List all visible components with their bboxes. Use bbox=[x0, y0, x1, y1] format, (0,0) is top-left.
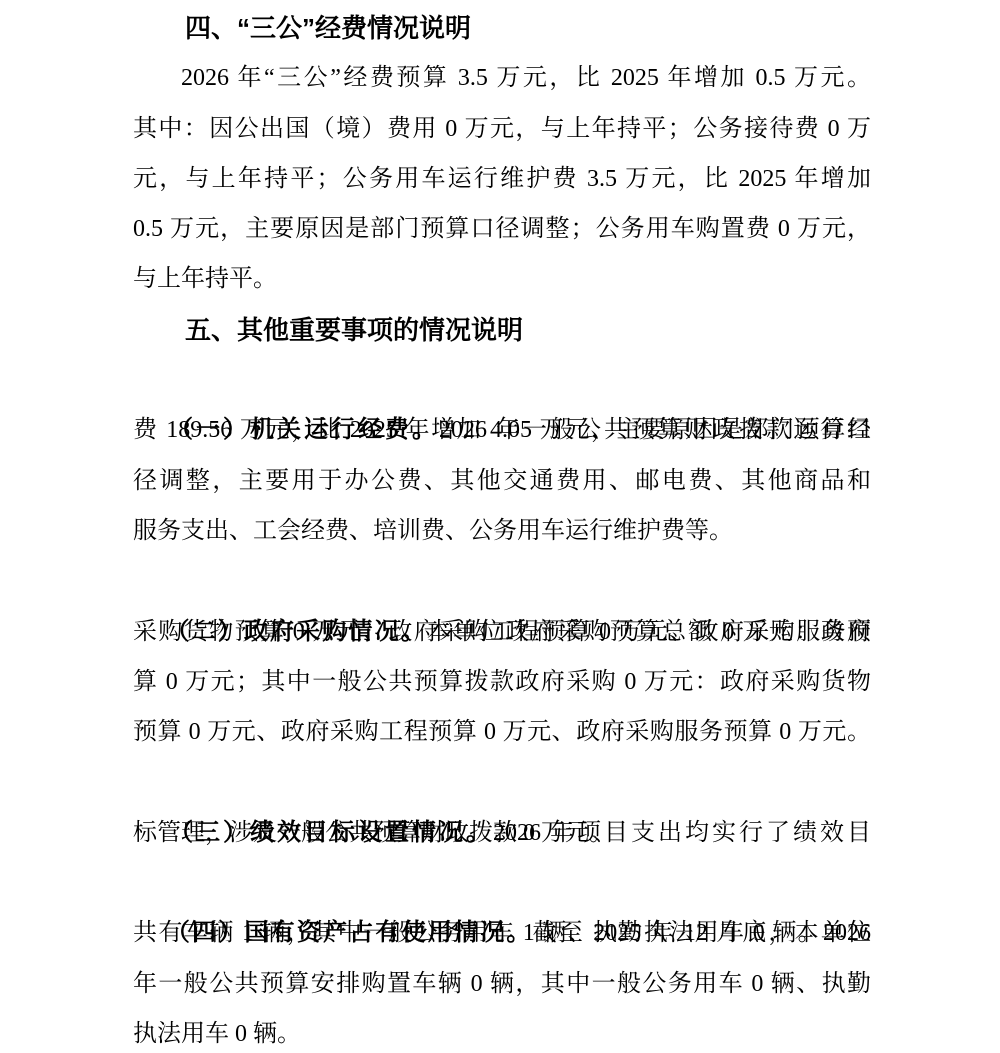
section-heading-other-items: 五、其他重要事项的情况说明 bbox=[133, 305, 871, 355]
section-heading-sangong: 四、“三公”经费情况说明 bbox=[133, 3, 871, 53]
para-state-assets-line-2: 共有车辆 1 辆，其中一般公务用车 1 辆、执勤执法用车 0 辆。2026 bbox=[133, 908, 871, 958]
para-state-assets-line-3: 年一般公共预算安排购置车辆 0 辆，其中一般公务用车 0 辆、执勤 bbox=[133, 959, 871, 1009]
para-procurement-line-1: （二）政府采购情况。本单位政府采购预算总额 0 万元：政府 bbox=[133, 556, 871, 606]
para-procurement-line-3: 算 0 万元；其中一般公共预算拨款政府采购 0 万元：政府采购货物 bbox=[133, 657, 871, 707]
para-operating-funds-line-4: 服务支出、工会经费、培训费、公务用车运行维护费等。 bbox=[133, 506, 871, 556]
para-sangong-line-5: 与上年持平。 bbox=[133, 254, 871, 304]
para-operating-funds-line-1: （一）机关运行经费。2026 年一般公共预算财政拨款运行经 bbox=[133, 355, 871, 405]
para-sangong-line-1: 2026 年“三公”经费预算 3.5 万元，比 2025 年增加 0.5 万元。 bbox=[133, 53, 871, 103]
para-state-assets-line-1: （四）国有资产占有使用情况。截至 2025 年 12 月底，本单位 bbox=[133, 858, 871, 908]
para-operating-funds-line-3: 径调整，主要用于办公费、其他交通费用、邮电费、其他商品和 bbox=[133, 456, 871, 506]
para-operating-funds-line-2: 费 189.56 万元，比 2025 年增加 4.05 万元，主要原因是部门预算… bbox=[133, 405, 871, 455]
document-page: 四、“三公”经费情况说明 2026 年“三公”经费预算 3.5 万元，比 202… bbox=[133, 3, 871, 1053]
para-sangong-line-3: 元，与上年持平；公务用车运行维护费 3.5 万元，比 2025 年增加 bbox=[133, 154, 871, 204]
para-sangong-line-2: 其中：因公出国（境）费用 0 万元，与上年持平；公务接待费 0 万 bbox=[133, 104, 871, 154]
para-sangong-line-4: 0.5 万元，主要原因是部门预算口径调整；公务用车购置费 0 万元， bbox=[133, 204, 871, 254]
para-performance-goals-line-1: （三）绩效目标设置情况。2026 年项目支出均实行了绩效目 bbox=[133, 757, 871, 807]
para-procurement-line-2: 采购货物预算 0 万元、政府采购工程预算 0 万元、政府采购服务预 bbox=[133, 607, 871, 657]
para-procurement-line-4: 预算 0 万元、政府采购工程预算 0 万元、政府采购服务预算 0 万元。 bbox=[133, 707, 871, 757]
para-state-assets-line-4: 执法用车 0 辆。 bbox=[133, 1009, 871, 1053]
